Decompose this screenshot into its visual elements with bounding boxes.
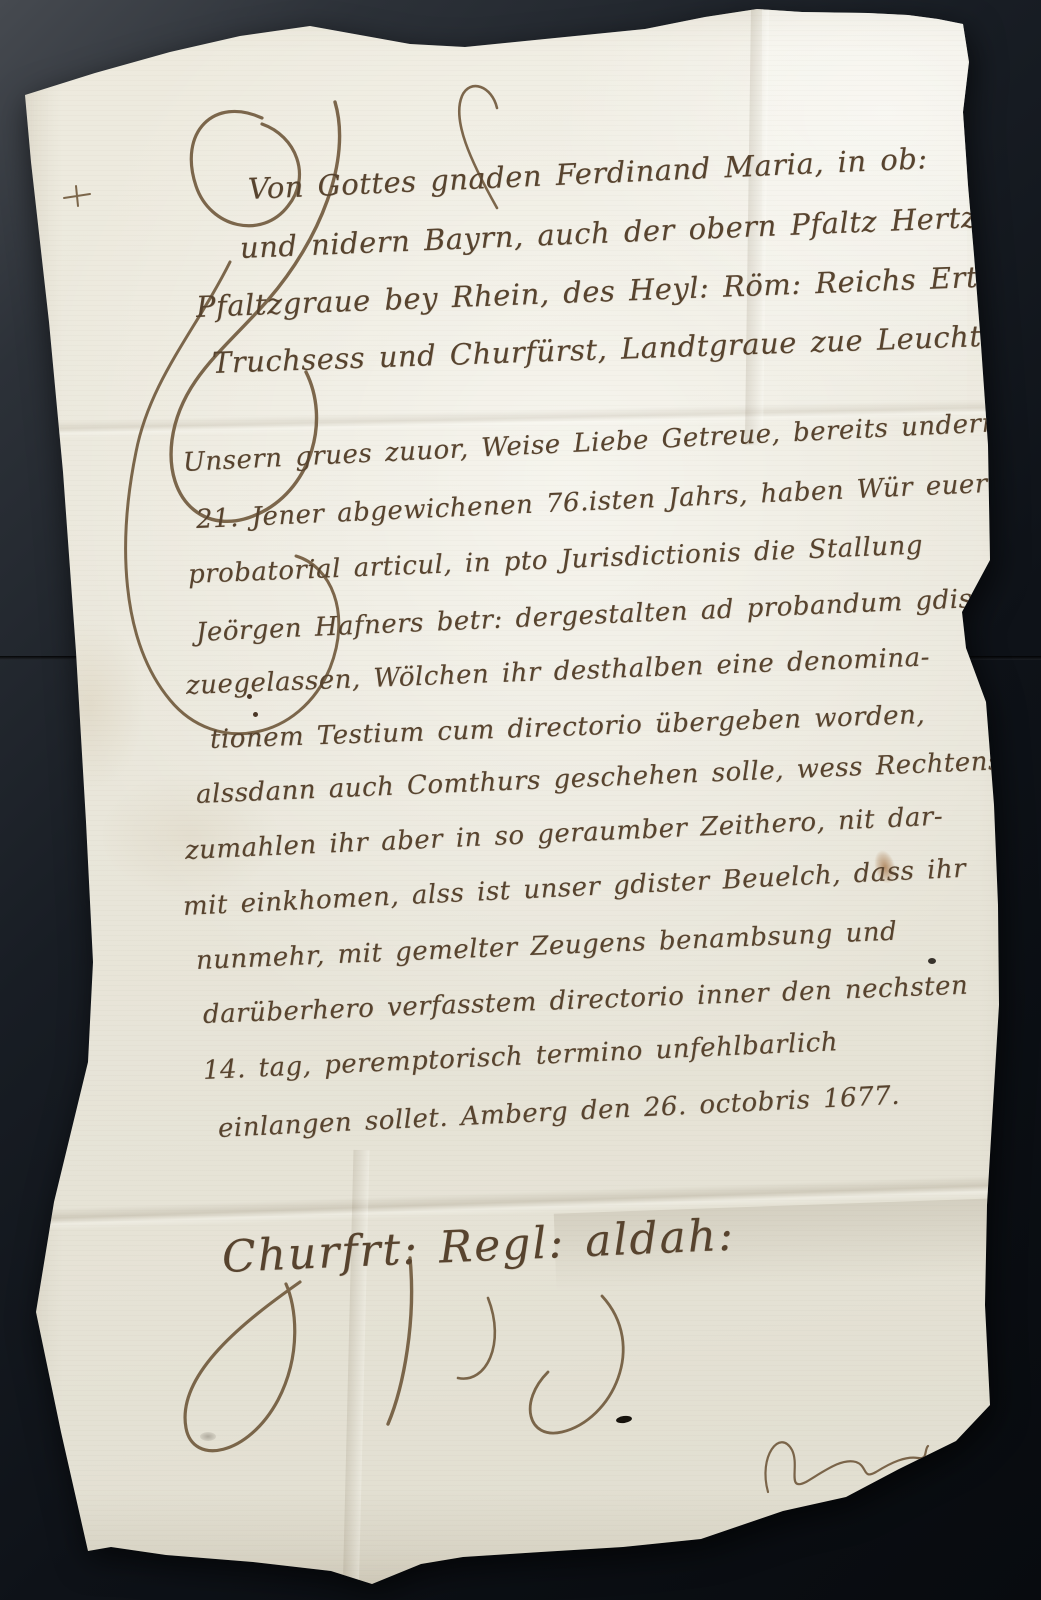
letter-line: zumahlen ihr aber in so geraumber Zeithe… [184, 802, 943, 866]
letter-line: nunmehr, mit gemelter Zeugens benambsung… [195, 917, 897, 976]
letter-closing: Churfrt: Regl: aldah: [221, 1210, 736, 1283]
fold-crease-vertical-bottom [343, 1150, 370, 1600]
age-stain [14, 590, 164, 820]
letter-line: Unsern grues zuuor, Weise Liebe Getreue,… [182, 408, 1007, 478]
ink-speck [253, 712, 258, 717]
paper-hole [59, 977, 76, 989]
letter-opening-line: Von Gottes gnaden Ferdinand Maria, in ob… [247, 141, 928, 206]
letter-line: zuegelassen, Wölchen ihr desthalben eine… [185, 642, 930, 701]
letter-line: mit einkhomen, alss ist unser gdister Be… [182, 854, 967, 922]
letter-line: alssdann auch Comthurs geschehen solle, … [195, 744, 1041, 810]
letter-line: probatorial articul, in pto Jurisdiction… [187, 530, 923, 589]
letter-line: 21. Jener abgewichenen 76.isten Jahrs, h… [195, 468, 1004, 535]
paper-dent [200, 1432, 216, 1441]
paper-hole [616, 1415, 633, 1424]
paper-sheet-wrap: Von Gottes gnaden Ferdinand Maria, in ob… [0, 0, 1041, 1600]
letter-opening-line: und nidern Bayrn, auch der obern Pfaltz … [239, 198, 1024, 265]
letter-opening-line: Truchsess und Churfürst, Landtgraue zue … [211, 315, 1041, 380]
letter-line: darüberhero verfasstem directorio inner … [202, 971, 968, 1030]
secretary-signature [765, 1442, 928, 1492]
letter-line: einlangen sollet. Amberg den 26. octobri… [217, 1081, 900, 1144]
paper-sheet: Von Gottes gnaden Ferdinand Maria, in ob… [0, 0, 1041, 1600]
letter-line: tionem Testium cum directorio übergeben … [209, 700, 925, 755]
manuscript-photo: Von Gottes gnaden Ferdinand Maria, in ob… [0, 0, 1041, 1600]
letter-opening-line: Pfaltzgraue bey Rhein, des Heyl: Röm: Re… [195, 259, 1004, 324]
letter-line: 14. tag, peremptorisch termino unfehlbar… [202, 1027, 838, 1086]
letter-line: Jeörgen Hafners betr: dergestalten ad pr… [195, 584, 984, 648]
paper-hole [928, 958, 936, 964]
